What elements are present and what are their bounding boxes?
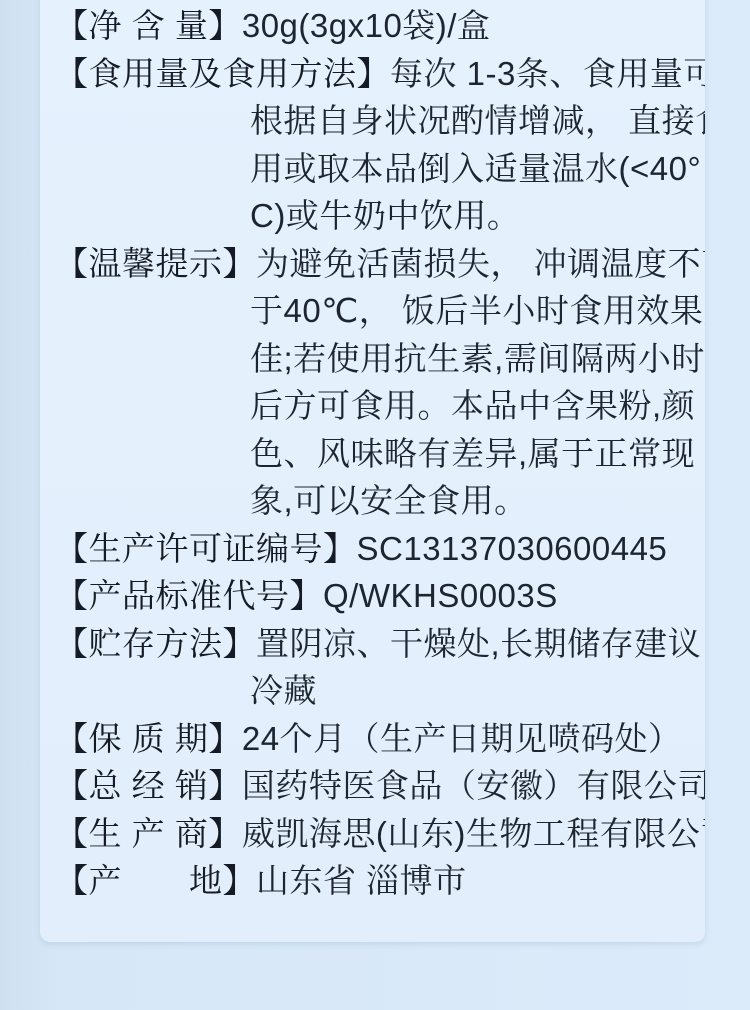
- entry-first-line: 【食用量及食用方法】每次 1-3条、食用量可: [55, 50, 695, 98]
- entry-label: 【生 产 商】: [55, 815, 242, 852]
- entry-label: 【生产许可证编号】: [55, 530, 357, 567]
- entry-first-line: 【产品标准代号】Q/WKHS0003S: [55, 572, 695, 620]
- product-info-entry-usage-amount-and-method: 【食用量及食用方法】每次 1-3条、食用量可 根据自身状况酌情增减， 直接食用或…: [55, 50, 695, 240]
- entry-label: 【保 质 期】: [55, 720, 242, 757]
- entry-first-line: 【生 产 商】威凯海思(山东)生物工程有限公司: [55, 810, 695, 858]
- entry-label: 【贮存方法】: [55, 625, 256, 662]
- product-info-entry-production-license-number: 【生产许可证编号】SC13137030600445: [55, 525, 695, 573]
- entry-label: 【温馨提示】: [55, 245, 256, 282]
- entry-value: 山东省 淄博市: [256, 862, 467, 899]
- entry-label: 【食用量及食用方法】: [55, 55, 390, 92]
- entry-value: 置阴凉、干燥处,长期储存建议: [256, 625, 701, 662]
- product-info-entry-net-content: 【净 含 量】30g(3gx10袋)/盒: [55, 2, 695, 50]
- entry-value: 威凯海思(山东)生物工程有限公司: [242, 815, 705, 852]
- product-info-list: 【净 含 量】30g(3gx10袋)/盒 【食用量及食用方法】每次 1-3条、食…: [55, 2, 695, 905]
- product-info-entry-general-distributor: 【总 经 销】国药特医食品（安徽）有限公司: [55, 762, 695, 810]
- entry-continuation-line: 用或取本品倒入适量温水(<40°: [250, 145, 695, 193]
- product-info-entry-manufacturer: 【生 产 商】威凯海思(山东)生物工程有限公司: [55, 810, 695, 858]
- product-info-entry-shelf-life: 【保 质 期】24个月（生产日期见喷码处）: [55, 715, 695, 763]
- entry-label: 【总 经 销】: [55, 767, 242, 804]
- entry-continuation-line: C)或牛奶中饮用。: [250, 192, 695, 240]
- entry-value: 国药特医食品（安徽）有限公司: [242, 767, 705, 804]
- entry-value: Q/WKHS0003S: [323, 577, 558, 614]
- product-description-page: 【净 含 量】30g(3gx10袋)/盒 【食用量及食用方法】每次 1-3条、食…: [0, 0, 750, 1010]
- entry-first-line: 【温馨提示】为避免活菌损失， 冲调温度不高: [55, 240, 695, 288]
- entry-continuation-line: 冷藏: [250, 667, 695, 715]
- entry-continuation-line: 于40℃， 饭后半小时食用效果更: [250, 287, 695, 335]
- product-info-entry-storage-method: 【贮存方法】置阴凉、干燥处,长期储存建议 冷藏: [55, 620, 695, 715]
- entry-first-line: 【生产许可证编号】SC13137030600445: [55, 525, 695, 573]
- entry-label: 【产 地】: [55, 862, 256, 899]
- entry-continuation-line: 后方可食用。本品中含果粉,颜: [250, 382, 695, 430]
- entry-first-line: 【保 质 期】24个月（生产日期见喷码处）: [55, 715, 695, 763]
- product-info-card: 【净 含 量】30g(3gx10袋)/盒 【食用量及食用方法】每次 1-3条、食…: [40, 0, 705, 942]
- entry-label: 【产品标准代号】: [55, 577, 323, 614]
- product-info-entry-place-of-origin: 【产 地】山东省 淄博市: [55, 857, 695, 905]
- entry-continuation-line: 象,可以安全食用。: [250, 477, 695, 525]
- entry-value: 每次 1-3条、食用量可: [390, 55, 705, 92]
- entry-value: 为避免活菌损失， 冲调温度不高: [256, 245, 705, 282]
- entry-value: SC13137030600445: [357, 530, 668, 567]
- entry-first-line: 【净 含 量】30g(3gx10袋)/盒: [55, 2, 695, 50]
- product-info-entry-product-standard-code: 【产品标准代号】Q/WKHS0003S: [55, 572, 695, 620]
- entry-continuation-line: 佳;若使用抗生素,需间隔两小时: [250, 335, 695, 383]
- product-info-entry-warm-tips: 【温馨提示】为避免活菌损失， 冲调温度不高 于40℃， 饭后半小时食用效果更佳;…: [55, 240, 695, 525]
- entry-continuation-line: 根据自身状况酌情增减， 直接食: [250, 97, 695, 145]
- entry-value: 24个月（生产日期见喷码处）: [242, 720, 682, 757]
- entry-value: 30g(3gx10袋)/盒: [242, 7, 491, 44]
- entry-label: 【净 含 量】: [55, 7, 242, 44]
- entry-first-line: 【总 经 销】国药特医食品（安徽）有限公司: [55, 762, 695, 810]
- entry-first-line: 【产 地】山东省 淄博市: [55, 857, 695, 905]
- entry-continuation-line: 色、风味略有差异,属于正常现: [250, 430, 695, 478]
- entry-first-line: 【贮存方法】置阴凉、干燥处,长期储存建议: [55, 620, 695, 668]
